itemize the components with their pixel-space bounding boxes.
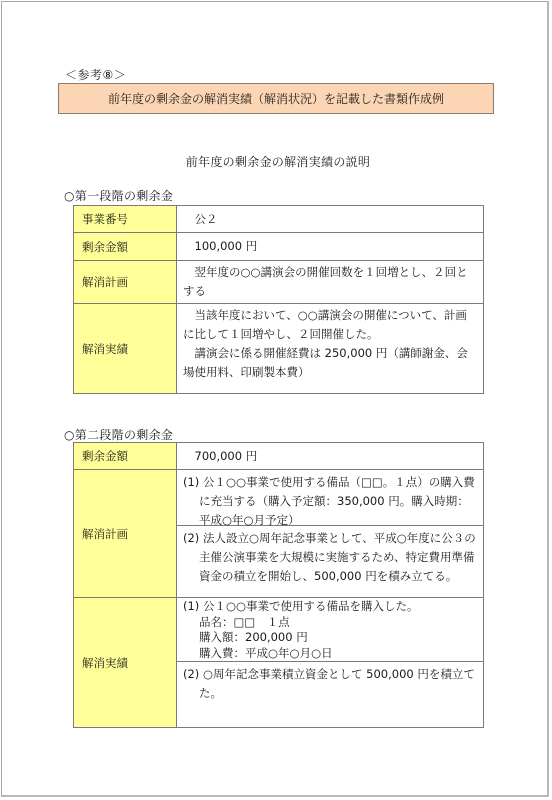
document-page: ＜参考⑧＞ 前年度の剰余金の解消実績（解消状況）を記載した書類作成例 前年度の剰… <box>1 1 549 797</box>
plan-item-text: (1) 公１○○事業で使用する備品（□□。１点）の購入費に充当する（購入予定額：… <box>183 473 477 530</box>
plan-item: (2) 法人設立○周年記念事業として、平成○年度に公３の主催公演事業を大規模に実… <box>177 525 483 597</box>
reference-label: ＜参考⑧＞ <box>65 66 126 83</box>
result-detail: 購入費：平成○年○月○日 <box>183 646 477 662</box>
section2-table: 剰余金額 700,000 円 解消計画 (1) 公１○○事業で使用する備品（□□… <box>73 442 484 728</box>
row-value: 公２ <box>177 206 484 233</box>
result-item: (1) 公１○○事業で使用する備品を購入した。 品名：□□ １点 購入額：200… <box>177 598 483 661</box>
row-label: 解消計画 <box>74 470 177 598</box>
table-row: 解消実績 当該年度において、○○講演会の開催について、計画に比して１回増やし、２… <box>74 304 484 394</box>
plan-item: (1) 公１○○事業で使用する備品（□□。１点）の購入費に充当する（購入予定額：… <box>177 470 483 525</box>
row-value: 翌年度の○○講演会の開催回数を１回増とし、２回とする <box>177 261 484 304</box>
result-item-text: (1) 公１○○事業で使用する備品を購入した。 <box>183 599 477 615</box>
row-label: 解消実績 <box>74 304 177 394</box>
row-value: 700,000 円 <box>177 443 484 470</box>
row-label: 剰余金額 <box>74 443 177 470</box>
table-row: 剰余金額 700,000 円 <box>74 443 484 470</box>
result-paragraph: 当該年度において、○○講演会の開催について、計画に比して１回増やし、２回開催した… <box>183 306 477 344</box>
banner-title: 前年度の剰余金の解消実績（解消状況）を記載した書類作成例 <box>108 90 444 107</box>
row-label: 剰余金額 <box>74 233 177 261</box>
result-detail: 品名：□□ １点 <box>183 615 477 631</box>
section1-heading: ○第一段階の剰余金 <box>64 187 173 204</box>
result-detail: 購入額：200,000 円 <box>183 630 477 646</box>
plan-items: (1) 公１○○事業で使用する備品（□□。１点）の購入費に充当する（購入予定額：… <box>177 470 484 598</box>
plan-item-text: (2) 法人設立○周年記念事業として、平成○年度に公３の主催公演事業を大規模に実… <box>183 529 477 586</box>
row-value: 当該年度において、○○講演会の開催について、計画に比して１回増やし、２回開催した… <box>177 304 484 394</box>
table-row: 解消計画 (1) 公１○○事業で使用する備品（□□。１点）の購入費に充当する（購… <box>74 470 484 598</box>
section1-table: 事業番号 公２ 剰余金額 100,000 円 解消計画 翌年度の○○講演会の開催… <box>73 205 484 394</box>
example-banner: 前年度の剰余金の解消実績（解消状況）を記載した書類作成例 <box>58 83 494 114</box>
table-row: 事業番号 公２ <box>74 206 484 233</box>
row-label: 解消計画 <box>74 261 177 304</box>
result-item: (2) ○周年記念事業積立資金として 500,000 円を積立てた。 <box>177 661 483 727</box>
table-row: 解消実績 (1) 公１○○事業で使用する備品を購入した。 品名：□□ １点 購入… <box>74 598 484 728</box>
table-row: 剰余金額 100,000 円 <box>74 233 484 261</box>
result-item-text: (2) ○周年記念事業積立資金として 500,000 円を積立てた。 <box>183 665 477 703</box>
row-label: 事業番号 <box>74 206 177 233</box>
table-row: 解消計画 翌年度の○○講演会の開催回数を１回増とし、２回とする <box>74 261 484 304</box>
row-label: 解消実績 <box>74 598 177 728</box>
section2-heading: ○第二段階の剰余金 <box>64 426 173 443</box>
result-paragraph: 講演会に係る開催経費は 250,000 円（講師謝金、会場使用料、印刷製本費） <box>183 344 477 382</box>
row-value: 100,000 円 <box>177 233 484 261</box>
document-title: 前年度の剰余金の解消実績の説明 <box>2 153 552 170</box>
result-items: (1) 公１○○事業で使用する備品を購入した。 品名：□□ １点 購入額：200… <box>177 598 484 728</box>
